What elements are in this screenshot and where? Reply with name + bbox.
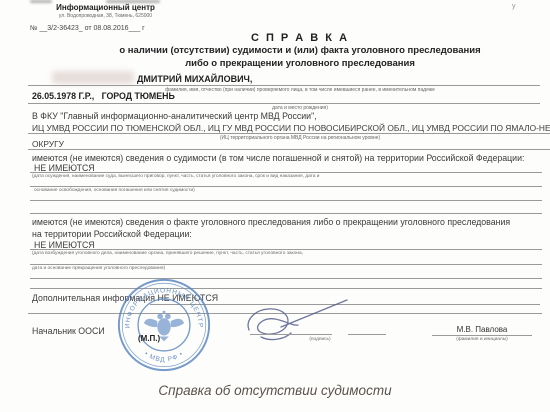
form-rule: [30, 249, 542, 250]
prosecution-question-1: имеются (не имеются) сведения о факте уг…: [32, 217, 510, 227]
doc-subtitle-2: либо о прекращении уголовного преследова…: [35, 58, 550, 69]
conviction-field-caption-1: (дата осуждения, наименование суда, выне…: [32, 174, 319, 179]
signer-name: М.В. Павлова: [432, 325, 532, 334]
signer-name-caption: (фамилия и инициалы): [432, 337, 532, 342]
doc-subtitle-1: о наличии (отсутствии) судимости и (или)…: [35, 45, 550, 56]
ic-field-caption: (ИЦ территориального органа МВД России н…: [100, 135, 500, 141]
ic-line: ИЦ УМВД РОССИИ ПО ТЮМЕНСКОЙ ОБЛ., ИЦ ГУ …: [32, 123, 550, 133]
redacted-surname-blur: [52, 71, 134, 84]
conviction-question: имеются (не имеются) сведения о судимост…: [32, 153, 524, 163]
signature-rule: [348, 334, 386, 335]
form-rule: [30, 288, 542, 289]
svg-text:• МВД РФ •: • МВД РФ •: [143, 350, 185, 363]
person-name: ДМИТРИЙ МИХАЙЛОВИЧ,: [137, 74, 252, 84]
form-rule: [30, 200, 542, 201]
ic-line-continuation: ОКРУГУ: [32, 139, 64, 149]
form-rule: [28, 85, 540, 86]
form-rule: [30, 213, 542, 214]
form-rule: [30, 186, 542, 187]
conviction-answer: НЕ ИМЕЮТСЯ: [34, 163, 95, 173]
signature-field-caption: (подпись): [280, 337, 360, 342]
form-rule: [28, 103, 540, 104]
doc-number-line: № __3/2-36423_ от 08.08.2016___ г: [30, 25, 145, 32]
round-stamp: ИНФОРМАЦИОННЫЙ ЦЕНТР • МВД РФ •: [115, 277, 213, 373]
form-rule: [30, 278, 542, 279]
birth-info: 26.05.1978 Г.Р., ГОРОД ТЮМЕНЬ: [32, 91, 175, 101]
fku-line: В ФКУ "Главный информационно-аналитическ…: [32, 111, 317, 121]
stamp-place-label: (М.П.): [138, 334, 160, 343]
signer-position: Начальник ООСИ: [32, 326, 105, 336]
signer-name-rule: [432, 335, 532, 336]
signature-rule: [250, 334, 332, 335]
certificate-scan: у Информационный центр ул. Водопроводная…: [0, 0, 550, 412]
prosecution-question-2: на территории Российской Федерации:: [32, 229, 192, 239]
prosecution-field-caption-1: (дата возбуждения уголовного дела, наиме…: [32, 251, 303, 256]
prosecution-field-caption-2: дата и основание прекращения уголовного …: [32, 266, 165, 271]
letterhead-address: ул. Водопроводная, 38, Тюмень, 625000: [28, 13, 183, 19]
letterhead-org: Информационный центр: [28, 3, 183, 12]
form-rule: [30, 172, 542, 173]
doc-title: С П Р А В К А: [60, 32, 540, 44]
stamp-ring-text-bottom: • МВД РФ •: [143, 350, 185, 363]
stray-corner-mark: у: [512, 3, 516, 10]
form-rule: [30, 264, 542, 265]
form-rule: [28, 149, 550, 150]
image-caption: Справка об отсутствии судимости: [0, 383, 550, 398]
conviction-field-caption-2: основание освобождения, основания погаше…: [34, 188, 195, 193]
